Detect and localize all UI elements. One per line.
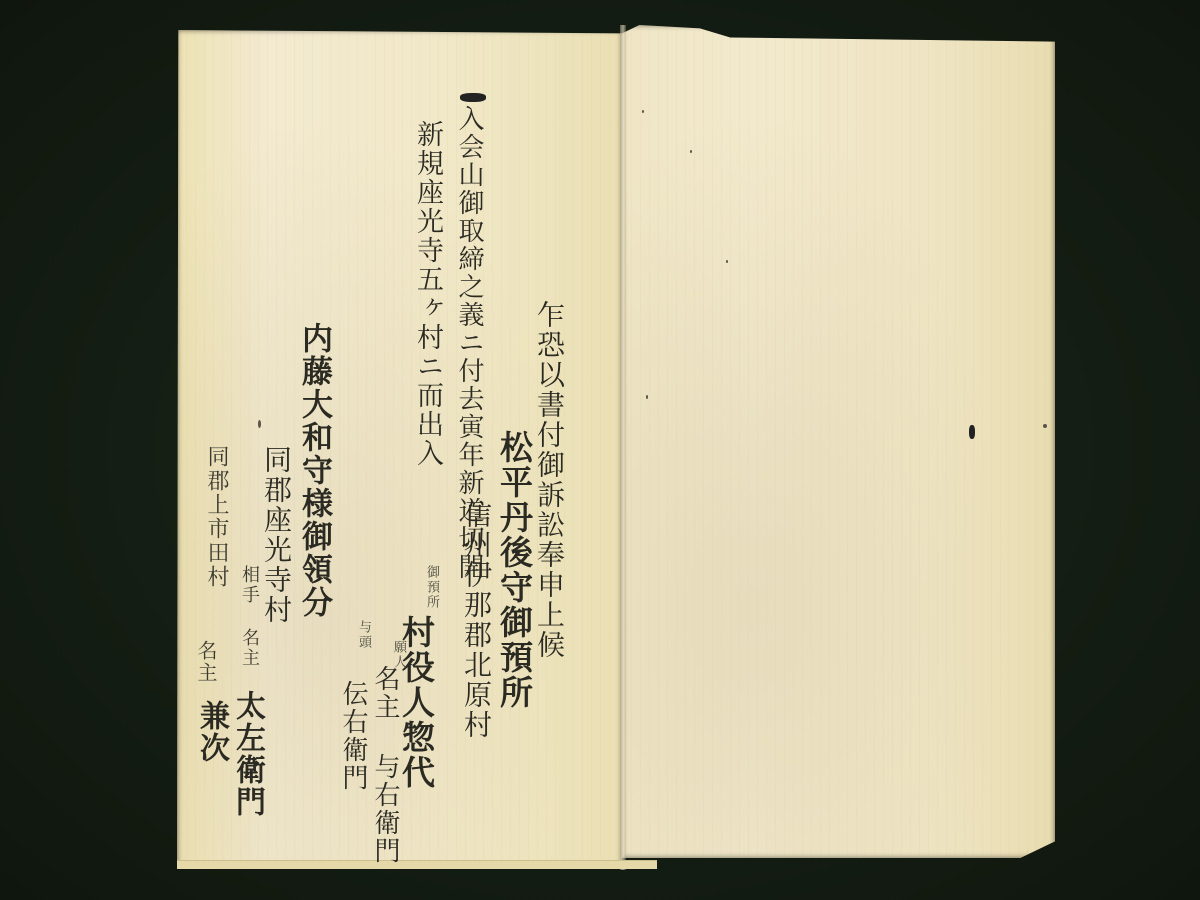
speck-2 [642, 110, 644, 113]
ink-dot [258, 420, 261, 428]
plaintiff-note: 御預所 [425, 565, 438, 610]
heading-mark [460, 93, 486, 102]
defendant2-role: 名主 [196, 640, 216, 684]
defendant2-name: 兼次 [196, 700, 226, 764]
ink-blot-right-page [969, 425, 975, 439]
subject-column-2: 新規座光寺五ヶ村ニ而出入 [414, 120, 441, 490]
page-fold [620, 25, 626, 870]
defendant-role: 相手 名主 [240, 565, 258, 668]
defendant-name: 太左衛門 [232, 690, 262, 818]
paper-bottom-edge [177, 860, 657, 869]
speck-3 [690, 150, 692, 153]
speck-4 [646, 395, 648, 399]
plaintiff-lord: 松平丹後守御預所 [498, 430, 531, 720]
subject-column-1: 入会山御取締之義ニ付去寅年新道切開 [456, 105, 482, 495]
defendant2-village: 同郡上市田村 [205, 445, 227, 589]
plaintiff-name-1: 名主 与右衛門 [372, 665, 398, 865]
plaintiff-role-2: 与頭 [357, 620, 370, 650]
right-page-blank [622, 25, 1055, 858]
speck-5 [726, 260, 728, 263]
speck-1 [1043, 424, 1047, 428]
defendant-village: 同郡座光寺村 [262, 445, 290, 625]
defendant-lord: 内藤大和守様御領分 [298, 322, 329, 622]
plaintiff-name-2: 伝右衛門 [340, 680, 366, 792]
title-column: 乍恐以書付御訴訟奉申上候 [535, 300, 563, 690]
plaintiff-village: 信州伊那郡北原村 [462, 500, 490, 760]
